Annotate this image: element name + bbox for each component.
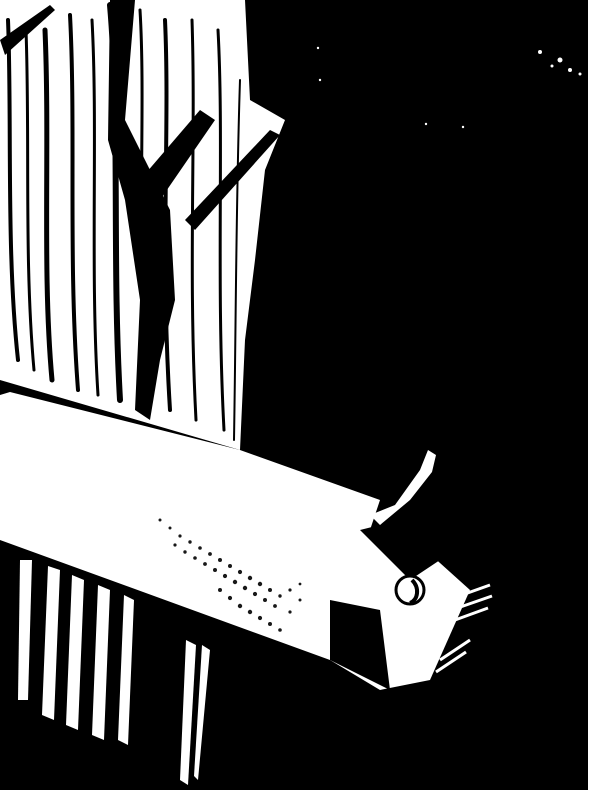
- coiled-hose: [0, 0, 285, 450]
- photograph: [0, 0, 595, 803]
- bolt: [396, 576, 424, 604]
